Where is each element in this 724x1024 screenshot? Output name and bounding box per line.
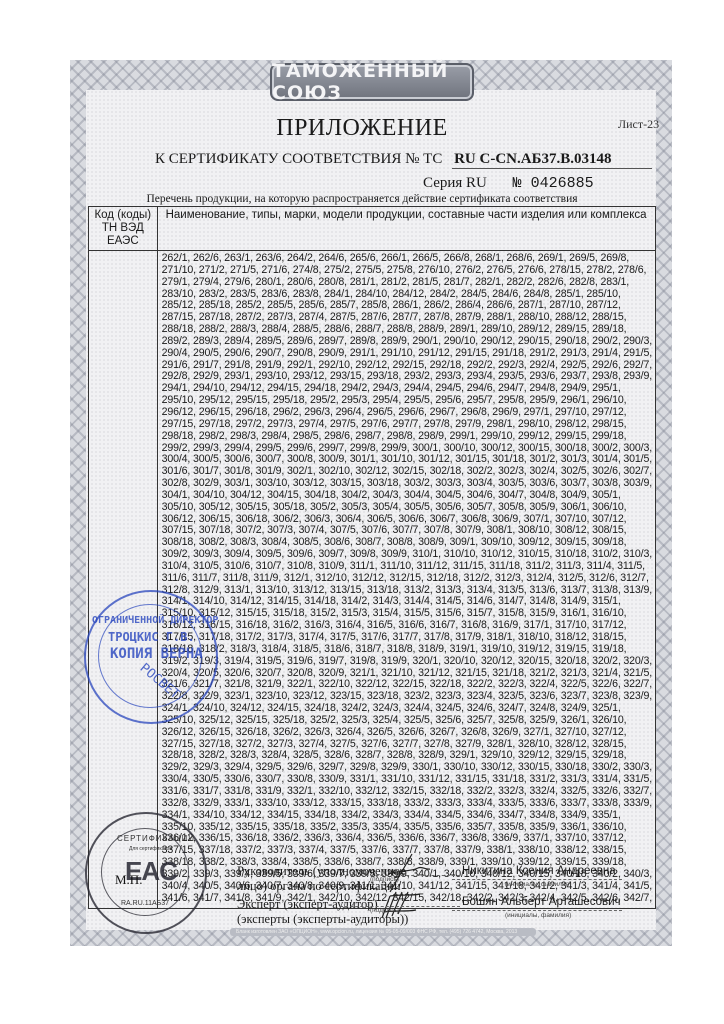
expert-name-hint: (инициалы, фамилия)	[505, 912, 571, 919]
certificate-number: RU C-CN.АБ37.В.03148	[452, 151, 651, 169]
form-printer-footer: Бланк изготовлен ЗАО «ОПЦИОН», www.opcio…	[230, 928, 536, 936]
certificate-subtitle: К СЕРТИФИКАТУ СООТВЕТСТВИЯ № ТС RU C-CN.…	[155, 151, 652, 169]
list-item: 271/10, 271/2, 271/5, 271/6, 274/8, 275/…	[162, 265, 652, 277]
table-row: 262/1, 262/6, 263/1, 263/6, 264/2, 264/6…	[89, 251, 656, 909]
expert-signature-line	[340, 906, 460, 907]
column-header-name: Наименование, типы, марки, модели продук…	[157, 207, 655, 251]
code-cell	[89, 251, 158, 909]
series-line: Серия RU № 0426885	[423, 175, 594, 192]
product-table: Код (коды) ТН ВЭД ЕАЭС Наименование, тип…	[88, 206, 656, 909]
series-number: № 0426885	[513, 175, 594, 192]
head-name-line	[452, 879, 622, 880]
customs-union-banner: ТАМОЖЕННЫЙ СОЮЗ	[270, 63, 474, 101]
stamp-text-line1: ОГРАНИЧЕННОЙ ДИРЕКТОР	[92, 615, 218, 626]
list-item: 332/8, 332/9, 333/1, 333/10, 333/12, 333…	[162, 798, 652, 810]
list-item: 279/1, 279/4, 279/6, 280/1, 280/6, 280/8…	[162, 277, 652, 289]
list-item: 305/10, 305/12, 305/15, 305/18, 305/2, 3…	[162, 502, 652, 514]
column-header-code: Код (коды) ТН ВЭД ЕАЭС	[89, 207, 158, 251]
list-item: 311/6, 311/7, 311/8, 311/9, 312/1, 312/1…	[162, 573, 652, 585]
table-caption: Перечень продукции, на которую распростр…	[0, 193, 724, 205]
head-signature-line	[340, 875, 460, 876]
head-name-hint: (инициалы, фамилия)	[505, 881, 571, 888]
seal-registration-number: RA.RU.11АБ37	[121, 900, 169, 907]
certification-body-seal: СЕРТИФИКАЦИИ Для сертификатов EAC М.П. R…	[85, 812, 207, 934]
subtitle-prefix: К СЕРТИФИКАТУ СООТВЕТСТВИЯ № ТС	[155, 151, 442, 167]
copy-verified-stamp: ОГРАНИЧЕННОЙ ДИРЕКТОР ТРОЦКИС Г.В. КОПИЯ…	[84, 590, 218, 724]
list-item: 289/2, 289/3, 289/4, 289/5, 289/6, 289/7…	[162, 336, 652, 348]
expert-name-line	[452, 910, 622, 911]
stamp-text-line3: КОПИЯ ВЕРНА	[110, 646, 203, 662]
head-name: Никитина Ксения Андреевна	[462, 865, 616, 877]
page-title: ПРИЛОЖЕНИЕ	[0, 115, 724, 142]
list-item: 298/18, 298/2, 298/3, 298/4, 298/5, 298/…	[162, 431, 652, 443]
list-item: 290/4, 290/5, 290/6, 290/7, 290/8, 290/9…	[162, 348, 652, 360]
list-item: 304/1, 304/10, 304/12, 304/15, 304/18, 3…	[162, 490, 652, 502]
expert-name: Бошян Альберт Арташесович	[462, 896, 621, 908]
seal-top-text: СЕРТИФИКАЦИИ	[117, 834, 195, 843]
expert-signature-hint: (подпись)	[370, 907, 399, 914]
stamp-text-line2: ТРОЦКИС Г.В.	[108, 630, 195, 644]
list-item: 318/18, 318/2, 318/3, 318/4, 318/5, 318/…	[162, 644, 652, 656]
series-label: Серия RU	[423, 175, 487, 191]
seal-place-label: М.П.	[115, 872, 142, 888]
seal-for-certificates-text: Для сертификатов	[129, 846, 172, 852]
list-item: 325/10, 325/12, 325/15, 325/18, 325/2, 3…	[162, 715, 652, 727]
list-item: 319/2, 319/3, 319/4, 319/5, 319/6, 319/7…	[162, 656, 652, 668]
list-item: 297/15, 297/18, 297/2, 297/3, 297/4, 297…	[162, 419, 652, 431]
list-item: 334/1, 334/10, 334/12, 334/15, 334/18, 3…	[162, 810, 652, 822]
head-signature-hint: (подпись)	[370, 876, 399, 883]
list-item: 326/12, 326/15, 326/18, 326/2, 326/3, 32…	[162, 727, 652, 739]
product-list-cell: 262/1, 262/6, 263/1, 263/6, 264/2, 264/6…	[157, 251, 655, 909]
list-item: 310/4, 310/5, 310/6, 310/7, 310/8, 310/9…	[162, 561, 652, 573]
